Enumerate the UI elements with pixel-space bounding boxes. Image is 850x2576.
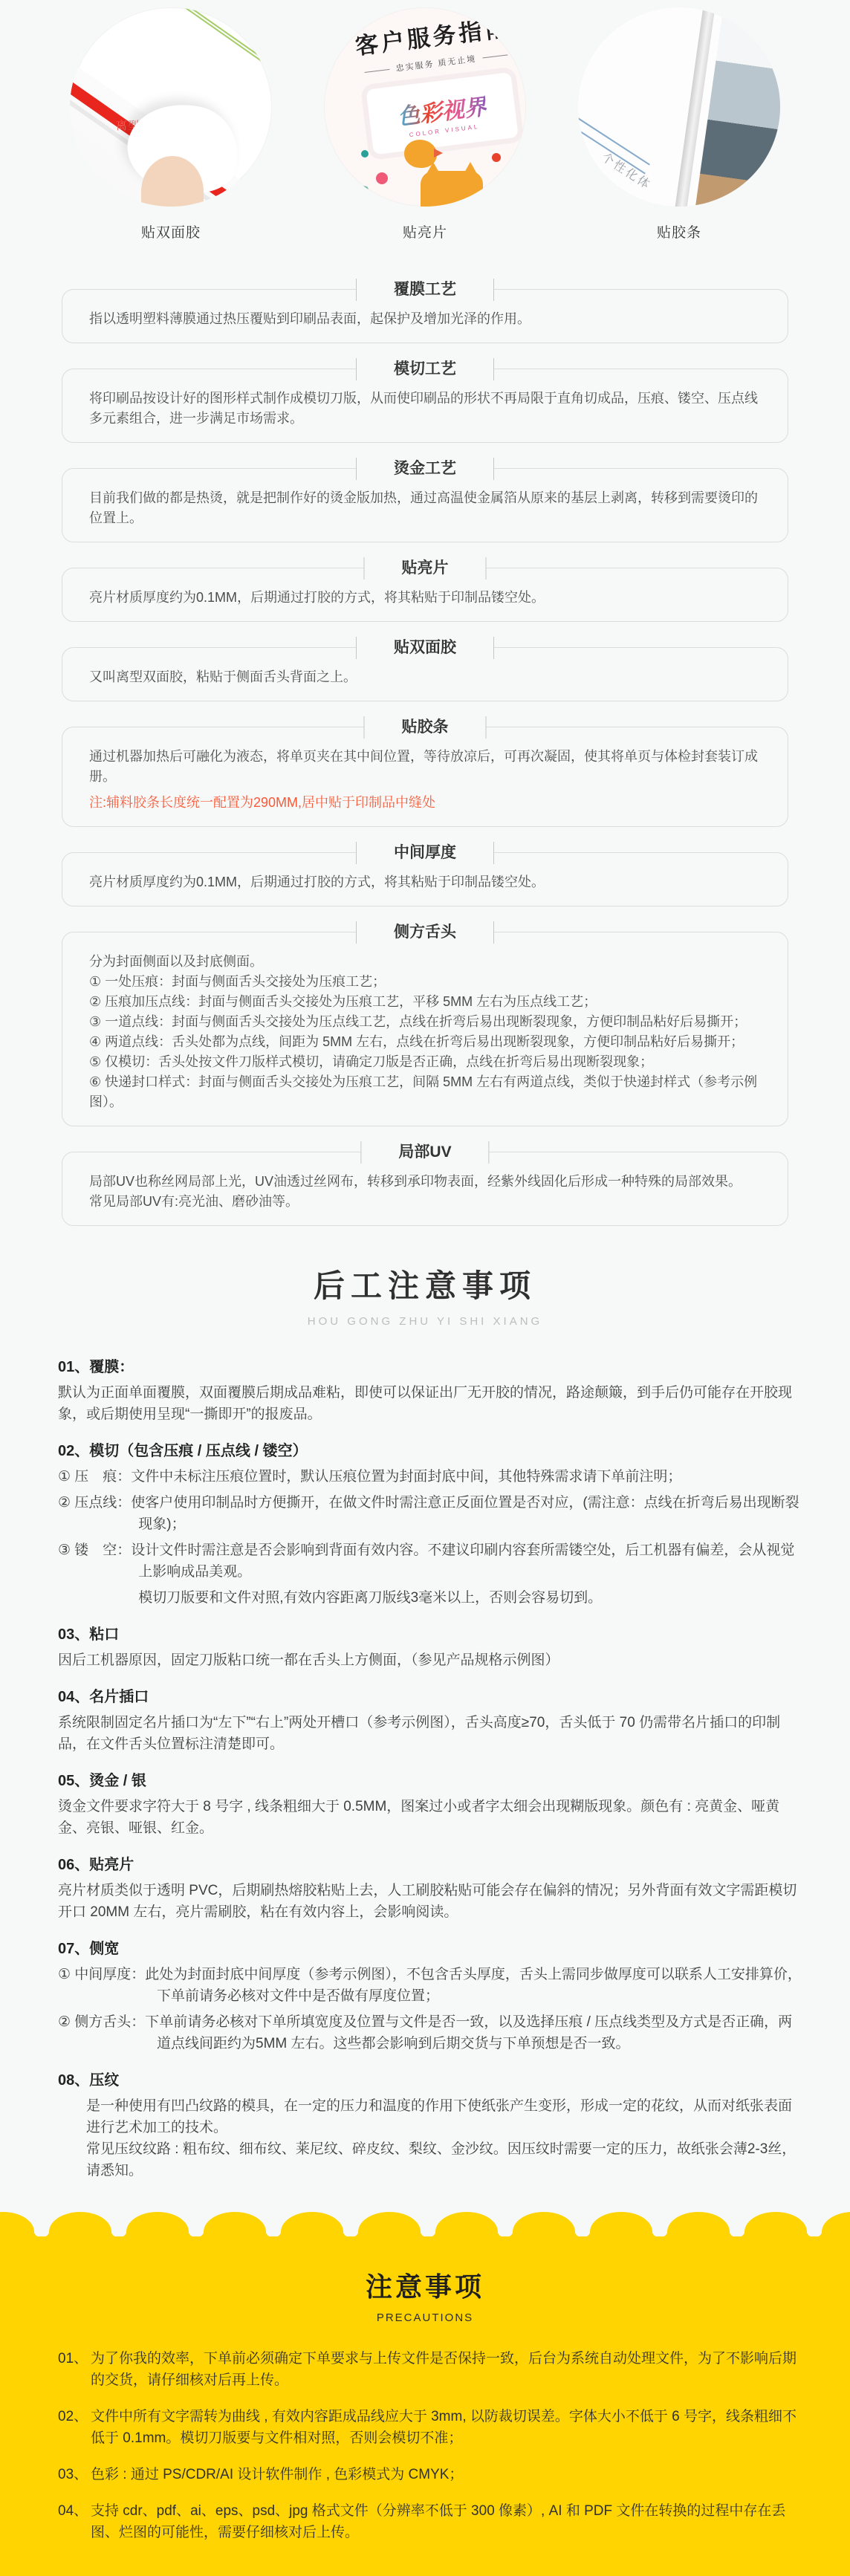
box-text: ④ 两道点线：舌头处都为点线，间距为 5MM 左右，点线在折弯后易出现断裂现象，…	[89, 1032, 761, 1052]
precautions-title: 注意事项	[0, 2266, 850, 2304]
process-box-side-tongue: 侧方舌头 分为封面侧面以及封底侧面。 ① 一处压痕：封面与侧面舌头交接处为压痕工…	[62, 932, 788, 1126]
gallery-item-double-sided-tape: 离型纸 贴双面胶	[70, 7, 272, 241]
process-box-spot-uv: 局部UV 局部UV也称丝网局部上光，UV油透过丝网布，转移到承印物表面，经紫外线…	[62, 1152, 788, 1226]
item-text: 常见压纹纹路 : 粗布纹、细布纹、莱尼纹、碎皮纹、梨纹、金沙纹。因压纹时需要一定…	[58, 2138, 804, 2181]
box-text: 亮片材质厚度约为0.1MM，后期通过打胶的方式，将其粘贴于印制品镂空处。	[89, 588, 761, 608]
box-title: 侧方舌头	[356, 921, 494, 944]
box-text: 常见局部UV有:亮光油、磨砂油等。	[89, 1192, 761, 1212]
after-work-item-glue-mouth: 03、粘口 因后工机器原因，固定刀版粘口统一都在舌头上方侧面，（参见产品规格示例…	[58, 1622, 804, 1671]
after-work-item-lamination: 01、覆膜： 默认为正面单面覆膜，双面覆膜后期成品难粘，即使可以保证出厂无开胶的…	[58, 1354, 804, 1425]
gallery-label: 贴亮片	[324, 221, 526, 241]
gallery-item-sequin: 客户服务指南 忠实服务 质无止境 色彩视界 COLOR VISUAL 贴亮片	[324, 7, 526, 241]
scallop-wave-edge	[0, 2207, 850, 2237]
box-text: 亮片材质厚度约为0.1MM，后期通过打胶的方式，将其粘贴于印制品镂空处。	[89, 872, 761, 892]
box-title: 中间厚度	[356, 842, 494, 864]
item-heading: 08、压纹	[58, 2068, 804, 2089]
precaution-item: 02、 文件中所有文字需转为曲线 , 有效内容距成品线应大于 3mm, 以防裁切…	[58, 2406, 807, 2449]
item-heading: 06、贴亮片	[58, 1852, 804, 1874]
box-text: ⑥ 快递封口样式：封面与侧面舌头交接处为压痕工艺，间隔 5MM 左右有两道点线，…	[89, 1072, 761, 1112]
item-heading: 04、名片插口	[58, 1684, 804, 1706]
item-text: 模切刀版要和文件对照,有效内容距离刀版线3毫米以上，否则会容易切到。	[58, 1587, 804, 1609]
item-text: 因后工机器原因，固定刀版粘口统一都在舌头上方侧面，（参见产品规格示例图）	[58, 1649, 804, 1671]
flower-dot	[492, 153, 501, 162]
item-text: 烫金文件要求字符大于 8 号字 , 线条粗细大于 0.5MM，图案过小或者字太细…	[58, 1796, 804, 1839]
after-work-header: 后工注意事项 HOU GONG ZHU YI SHI XIANG	[0, 1262, 850, 1328]
gallery-label: 贴双面胶	[70, 221, 272, 241]
box-title: 局部UV	[360, 1141, 489, 1164]
precaution-item: 01、 为了你我的效率，下单前必须确定下单要求与上传文件是否保持一致，后台为系统…	[58, 2348, 807, 2391]
item-text: ① 中间厚度：此处为封面封底中间厚度（参考示例图），不包含舌头厚度，舌头上需同步…	[58, 1964, 804, 2007]
box-text: 局部UV也称丝网局部上光，UV油透过丝网布，转移到承印物表面，经紫外线固化后形成…	[89, 1172, 761, 1192]
box-text: 目前我们做的都是热烫，就是把制作好的烫金版加热，通过高温使金属箔从原来的基层上剥…	[89, 488, 761, 528]
precaution-item: 04、 支持 cdr、pdf、ai、eps、psd、jpg 格式文件（分辨率不低…	[58, 2500, 807, 2543]
green-line-decor	[129, 7, 272, 97]
box-text: 将印刷品按设计好的图形样式制作成模切刀版，从而使印刷品的形状不再局限于直角切成品…	[89, 389, 761, 429]
box-text: 通过机器加热后可融化为液态，将单页夹在其中间位置，等待放凉后，可再次凝固，使其将…	[89, 747, 761, 787]
box-text: 分为封面侧面以及封底侧面。	[89, 952, 761, 972]
product-photo-gallery: 离型纸 贴双面胶 客户服务指南 忠实服务 质无止境 色彩视界 COLOR VIS…	[0, 0, 850, 241]
box-text: ② 压痕加压点线：封面与侧面舌头交接处为压痕工艺，平移 5MM 左右为压点线工艺…	[89, 992, 761, 1012]
item-text: 支持 cdr、pdf、ai、eps、psd、jpg 格式文件（分辨率不低于 30…	[91, 2500, 807, 2543]
item-heading: 01、覆膜：	[58, 1354, 804, 1376]
process-box-sequin: 贴亮片 亮片材质厚度约为0.1MM，后期通过打胶的方式，将其粘贴于印制品镂空处。	[62, 568, 788, 622]
process-box-double-sided-tape: 贴双面胶 又叫离型双面胶，粘贴于侧面舌头背面之上。	[62, 647, 788, 701]
precautions-list: 01、 为了你我的效率，下单前必须确定下单要求与上传文件是否保持一致，后台为系统…	[0, 2348, 850, 2543]
item-heading: 05、烫金 / 银	[58, 1768, 804, 1790]
item-text: ① 压 痕：文件中未标注压痕位置时，默认压痕位置为封面封底中间，其他特殊需求请下…	[58, 1466, 804, 1487]
flower-dot	[505, 175, 519, 189]
gallery-item-glue-strip: 个性化体 贴胶条	[578, 7, 780, 241]
process-box-hot-stamping: 烫金工艺 目前我们做的都是热烫，就是把制作好的烫金版加热，通过高温使金属箔从原来…	[62, 468, 788, 542]
item-heading: 02、模切（包含压痕 / 压点线 / 镂空）	[58, 1438, 804, 1460]
photo-glue-strip: 个性化体	[578, 7, 780, 207]
item-text: 亮片材质类似于透明 PVC，后期刷热熔胶粘贴上去，人工刷胶粘贴可能会存在偏斜的情…	[58, 1880, 804, 1923]
item-text: 为了你我的效率，下单前必须确定下单要求与上传文件是否保持一致，后台为系统自动处理…	[91, 2348, 807, 2391]
item-text: 是一种使用有凹凸纹路的模具，在一定的压力和温度的作用下使纸张产生变形，形成一定的…	[58, 2095, 804, 2138]
item-text: 默认为正面单面覆膜，双面覆膜后期成品难粘，即使可以保证出厂无开胶的情况，路途颠簸…	[58, 1382, 804, 1425]
item-heading: 07、侧宽	[58, 1936, 804, 1958]
sequin-window: 色彩视界 COLOR VISUAL	[366, 72, 519, 155]
after-work-item-side-width: 07、侧宽 ① 中间厚度：此处为封面封底中间厚度（参考示例图），不包含舌头厚度，…	[58, 1936, 804, 2054]
item-number: 04、	[58, 2500, 91, 2543]
after-work-title: 后工注意事项	[0, 1262, 850, 1306]
box-text: ③ 一道点线：封面与侧面舌头交接处为压点线工艺，点线在折弯后易出现断裂现象，方便…	[89, 1012, 761, 1032]
box-title: 贴胶条	[364, 716, 487, 739]
leaf-illustration	[343, 183, 371, 207]
box-text: 指以透明塑料薄膜通过热压覆贴到印刷品表面，起保护及增加光泽的作用。	[89, 309, 761, 329]
precautions-subtitle: PRECAUTIONS	[0, 2311, 850, 2324]
after-work-item-embossing: 08、压纹 是一种使用有凹凸纹路的模具，在一定的压力和温度的作用下使纸张产生变形…	[58, 2068, 804, 2181]
service-guide-card: 客户服务指南 忠实服务 质无止境 色彩视界 COLOR VISUAL	[324, 7, 526, 160]
box-title: 烫金工艺	[356, 458, 494, 480]
cat-illustration	[421, 171, 483, 207]
process-box-lamination: 覆膜工艺 指以透明塑料薄膜通过热压覆贴到印刷品表面，起保护及增加光泽的作用。	[62, 289, 788, 343]
box-title: 贴亮片	[364, 557, 487, 580]
photo-sequin-card: 客户服务指南 忠实服务 质无止境 色彩视界 COLOR VISUAL	[324, 7, 526, 207]
item-number: 02、	[58, 2406, 91, 2449]
item-number: 01、	[58, 2348, 91, 2391]
item-text: ② 侧方舌头：下单前请务必核对下单所填宽度及位置与文件是否一致，以及选择压痕 /…	[58, 2011, 804, 2054]
item-number: 03、	[58, 2464, 91, 2485]
box-note-red: 注:辅料胶条长度统一配置为290MM,居中贴于印制品中缝处	[89, 793, 761, 813]
flower-dot	[361, 150, 369, 158]
after-work-item-sequin: 06、贴亮片 亮片材质类似于透明 PVC，后期刷热熔胶粘贴上去，人工刷胶粘贴可能…	[58, 1852, 804, 1923]
after-work-list: 01、覆膜： 默认为正面单面覆膜，双面覆膜后期成品难粘，即使可以保证出厂无开胶的…	[0, 1354, 850, 2181]
precaution-item: 03、 色彩 : 通过 PS/CDR/AI 设计软件制作 , 色彩模式为 CMY…	[58, 2464, 807, 2485]
process-boxes: 覆膜工艺 指以透明塑料薄膜通过热压覆贴到印刷品表面，起保护及增加光泽的作用。 模…	[0, 289, 850, 1226]
box-text: ① 一处压痕：封面与侧面舌头交接处为压痕工艺；	[89, 972, 761, 992]
photo-double-sided-tape: 离型纸	[70, 7, 272, 207]
precautions-section: 注意事项 PRECAUTIONS 01、 为了你我的效率，下单前必须确定下单要求…	[0, 2236, 850, 2576]
after-work-item-hot-stamping: 05、烫金 / 银 烫金文件要求字符大于 8 号字 , 线条粗细大于 0.5MM…	[58, 1768, 804, 1839]
process-box-glue-strip: 贴胶条 通过机器加热后可融化为液态，将单页夹在其中间位置，等待放凉后，可再次凝固…	[62, 727, 788, 827]
item-heading: 03、粘口	[58, 1622, 804, 1644]
item-text: 系统限制固定名片插口为“左下”“右上”两处开槽口（参考示例图），舌头高度≥70，…	[58, 1712, 804, 1755]
after-work-item-die-cutting: 02、模切（包含压痕 / 压点线 / 镂空） ① 压 痕：文件中未标注压痕位置时…	[58, 1438, 804, 1609]
process-box-middle-thickness: 中间厚度 亮片材质厚度约为0.1MM，后期通过打胶的方式，将其粘贴于印制品镂空处…	[62, 852, 788, 906]
box-text: ⑤ 仅模切：舌头处按文件刀版样式模切，请确定刀版是否正确，点线在折弯后易出现断裂…	[89, 1052, 761, 1072]
process-box-die-cutting: 模切工艺 将印刷品按设计好的图形样式制作成模切刀版，从而使印刷品的形状不再局限于…	[62, 369, 788, 443]
box-title: 模切工艺	[356, 358, 494, 380]
box-title: 贴双面胶	[356, 637, 494, 659]
box-text: 又叫离型双面胶，粘贴于侧面舌头背面之上。	[89, 667, 761, 687]
item-text: ③ 镂 空：设计文件时需注意是否会影响到背面有效内容。不建议印刷内容套所需镂空处…	[58, 1540, 804, 1583]
item-text: ② 压点线：使客户使用印制品时方便撕开，在做文件时需注意正反面位置是否对应，(需…	[58, 1492, 804, 1535]
after-work-subtitle: HOU GONG ZHU YI SHI XIANG	[0, 1315, 850, 1328]
green-line-decor	[121, 7, 272, 88]
item-text: 色彩 : 通过 PS/CDR/AI 设计软件制作 , 色彩模式为 CMYK；	[91, 2464, 807, 2485]
box-title: 覆膜工艺	[356, 279, 494, 301]
item-text: 文件中所有文字需转为曲线 , 有效内容距成品线应大于 3mm, 以防裁切误差。字…	[91, 2406, 807, 2449]
gallery-label: 贴胶条	[578, 221, 780, 241]
flower-dot	[376, 172, 388, 184]
after-work-item-card-slot: 04、名片插口 系统限制固定名片插口为“左下”“右上”两处开槽口（参考示例图），…	[58, 1684, 804, 1755]
